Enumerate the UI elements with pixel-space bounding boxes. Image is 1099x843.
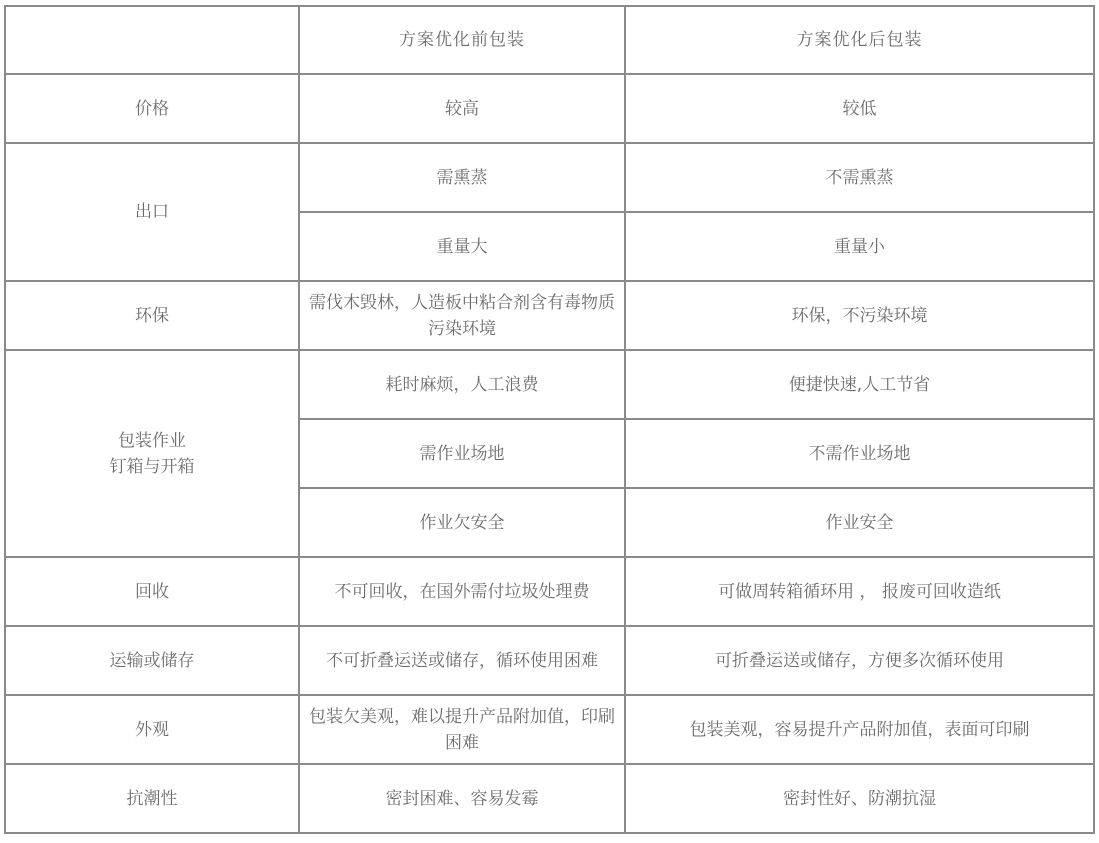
table-row-packing-1: 包装作业 钉箱与开箱 耗时麻烦，人工浪费 便捷快速,人工节省 xyxy=(5,350,1094,419)
cell-appearance-after: 包装美观，容易提升产品附加值，表面可印刷 xyxy=(625,695,1094,764)
table-row-environment: 环保 需伐木毁林，人造板中粘合剂含有毒物质污染环境 环保，不污染环境 xyxy=(5,281,1094,350)
row-label-packing-line2: 钉箱与开箱 xyxy=(14,454,290,480)
cell-price-before: 较高 xyxy=(299,74,625,143)
cell-export-after-2: 重量小 xyxy=(625,212,1094,281)
cell-price-after: 较低 xyxy=(625,74,1094,143)
cell-moisture-after: 密封性好、防潮抗湿 xyxy=(625,764,1094,833)
cell-transport-before: 不可折叠运送或储存，循环使用困难 xyxy=(299,626,625,695)
packaging-comparison-table: 方案优化前包装 方案优化后包装 价格 较高 较低 出口 需熏蒸 不需熏蒸 重量大… xyxy=(4,5,1095,834)
cell-packing-after-1: 便捷快速,人工节省 xyxy=(625,350,1094,419)
row-label-transport: 运输或储存 xyxy=(5,626,299,695)
table-row-price: 价格 较高 较低 xyxy=(5,74,1094,143)
cell-environment-before: 需伐木毁林，人造板中粘合剂含有毒物质污染环境 xyxy=(299,281,625,350)
corner-cell xyxy=(5,6,299,74)
column-header-after: 方案优化后包装 xyxy=(625,6,1094,74)
cell-recycling-after: 可做周转箱循环用 ， 报废可回收造纸 xyxy=(625,557,1094,626)
cell-appearance-before: 包装欠美观，难以提升产品附加值，印刷困难 xyxy=(299,695,625,764)
row-label-appearance: 外观 xyxy=(5,695,299,764)
row-label-price: 价格 xyxy=(5,74,299,143)
table-row-moisture: 抗潮性 密封困难、容易发霉 密封性好、防潮抗湿 xyxy=(5,764,1094,833)
cell-export-before-1: 需熏蒸 xyxy=(299,143,625,212)
cell-moisture-before: 密封困难、容易发霉 xyxy=(299,764,625,833)
cell-packing-before-3: 作业欠安全 xyxy=(299,488,625,557)
row-label-environment: 环保 xyxy=(5,281,299,350)
table-row-export-1: 出口 需熏蒸 不需熏蒸 xyxy=(5,143,1094,212)
table-header-row: 方案优化前包装 方案优化后包装 xyxy=(5,6,1094,74)
cell-packing-before-2: 需作业场地 xyxy=(299,419,625,488)
cell-recycling-before: 不可回收，在国外需付垃圾处理费 xyxy=(299,557,625,626)
cell-environment-after: 环保，不污染环境 xyxy=(625,281,1094,350)
column-header-before: 方案优化前包装 xyxy=(299,6,625,74)
cell-export-before-2: 重量大 xyxy=(299,212,625,281)
comparison-table-container: 方案优化前包装 方案优化后包装 价格 较高 较低 出口 需熏蒸 不需熏蒸 重量大… xyxy=(4,5,1095,834)
cell-export-after-1: 不需熏蒸 xyxy=(625,143,1094,212)
table-row-transport: 运输或储存 不可折叠运送或储存，循环使用困难 可折叠运送或储存，方便多次循环使用 xyxy=(5,626,1094,695)
cell-packing-after-2: 不需作业场地 xyxy=(625,419,1094,488)
cell-transport-after: 可折叠运送或储存，方便多次循环使用 xyxy=(625,626,1094,695)
row-label-export: 出口 xyxy=(5,143,299,281)
cell-packing-after-3: 作业安全 xyxy=(625,488,1094,557)
row-label-packing: 包装作业 钉箱与开箱 xyxy=(5,350,299,557)
row-label-packing-line1: 包装作业 xyxy=(14,428,290,454)
row-label-recycling: 回收 xyxy=(5,557,299,626)
cell-packing-before-1: 耗时麻烦，人工浪费 xyxy=(299,350,625,419)
row-label-moisture: 抗潮性 xyxy=(5,764,299,833)
table-row-appearance: 外观 包装欠美观，难以提升产品附加值，印刷困难 包装美观，容易提升产品附加值，表… xyxy=(5,695,1094,764)
table-row-recycling: 回收 不可回收，在国外需付垃圾处理费 可做周转箱循环用 ， 报废可回收造纸 xyxy=(5,557,1094,626)
